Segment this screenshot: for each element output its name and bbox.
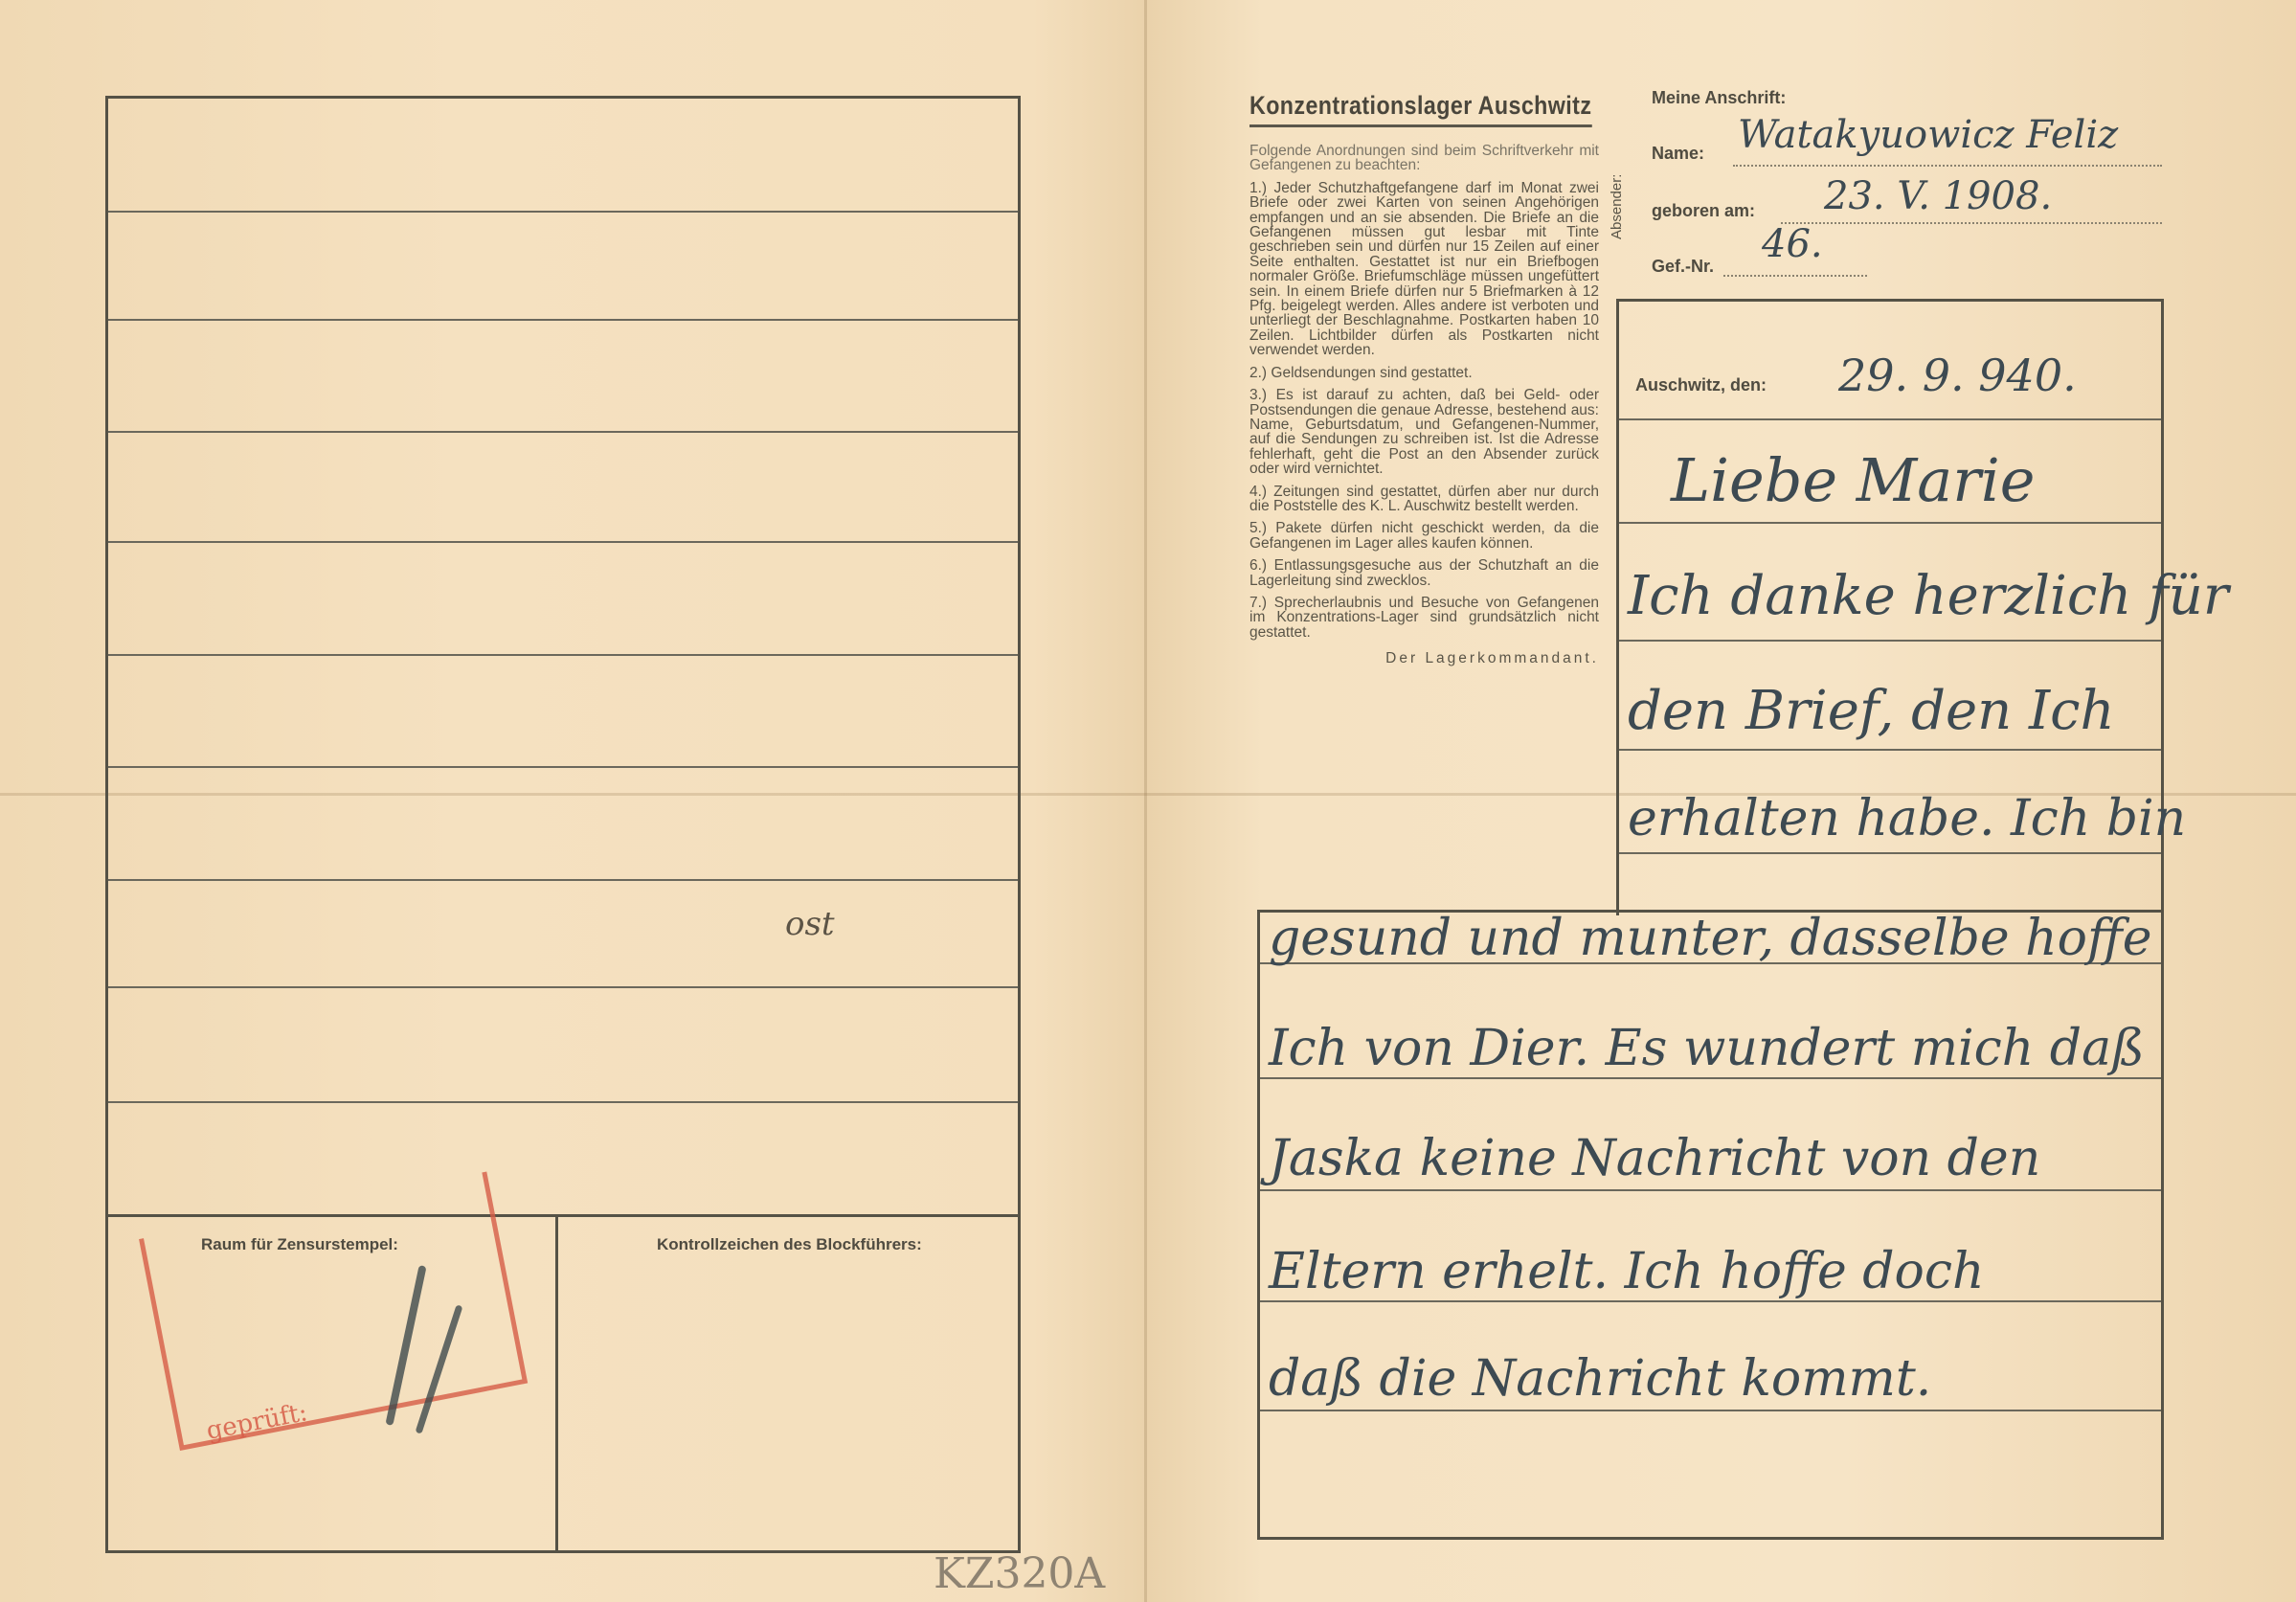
left-rule [108, 319, 1018, 321]
letter-rule [1619, 749, 2161, 751]
regulations-text: Folgende Anordnungen sind beim Schriftve… [1249, 144, 1599, 674]
letter-date: 29. 9. 940. [1838, 350, 2077, 401]
regulations-intro: Folgende Anordnungen sind beim Schriftve… [1249, 144, 1599, 173]
letter-line: den Brief, den Ich [1628, 680, 2115, 742]
name-field-line [1733, 165, 2162, 167]
left-rule [108, 431, 1018, 433]
letter-rule [1260, 1189, 2161, 1191]
regulation-item: 1.) Jeder Schutzhaftgefangene darf im Mo… [1249, 181, 1599, 358]
letter-line: gesund und munter, dasselbe hoffe [1269, 910, 2152, 967]
birth-date-value: 23. V. 1908. [1824, 174, 2052, 218]
birth-date-label: geboren am: [1652, 201, 1755, 221]
regulation-item: 6.) Entlassungsgesuche aus der Schutzhaf… [1249, 558, 1599, 588]
letter-line: Ich danke herzlich für [1628, 565, 2229, 627]
regulation-item: 5.) Pakete dürfen nicht geschickt werden… [1249, 521, 1599, 551]
left-rule [108, 1214, 1018, 1217]
form-title: Konzentrationslager Auschwitz [1249, 91, 1591, 127]
letter-line: Ich von Dier. Es wundert mich daß [1269, 1020, 2145, 1077]
blockfuehrer-control-label: Kontrollzeichen des Blockführers: [657, 1235, 922, 1254]
letter-line: erhalten habe. Ich bin [1628, 790, 2186, 847]
letter-rule [1619, 640, 2161, 642]
letter-rule [1260, 1077, 2161, 1079]
vertical-fold [1144, 0, 1147, 1602]
prisoner-number-value: 46. [1762, 222, 1823, 266]
prisoner-number-line [1723, 275, 1867, 277]
letter-box-lower [1257, 910, 2164, 1540]
letter-rule [1619, 522, 2161, 524]
regulation-item: 7.) Sprecherlaubnis und Besuche von Gefa… [1249, 596, 1599, 640]
letter-line: Jaska keine Nachricht von den [1269, 1130, 2040, 1187]
left-rule [108, 766, 1018, 768]
regulation-item: 3.) Es ist darauf zu achten, daß bei Gel… [1249, 388, 1599, 476]
letter-line: Eltern erhelt. Ich hoffe doch [1269, 1243, 1984, 1300]
regulation-item: 4.) Zeitungen sind gestattet, dürfen abe… [1249, 485, 1599, 514]
birth-date-line [1781, 222, 2162, 224]
letter-place-label: Auschwitz, den: [1635, 375, 1767, 395]
left-rule [108, 1101, 1018, 1103]
letter-line: Liebe Marie [1671, 445, 2035, 515]
letter-line: daß die Nachricht kommt. [1269, 1350, 1931, 1408]
left-rule [108, 986, 1018, 988]
commandant-signature: Der Lagerkommandant. [1249, 651, 1599, 666]
letter-rule [1260, 1410, 2161, 1411]
prisoner-number-label: Gef.-Nr. [1652, 257, 1714, 277]
sender-side-label: Absender: [1609, 174, 1625, 239]
left-bottom-divider [555, 1216, 558, 1551]
left-rule [108, 654, 1018, 656]
archive-number: KZ320A [934, 1549, 1105, 1598]
left-rule [108, 541, 1018, 543]
letter-rule [1619, 418, 2161, 420]
letter-rule [1619, 852, 2161, 854]
left-rule [108, 211, 1018, 213]
regulation-item: 2.) Geldsendungen sind gestattet. [1249, 366, 1599, 380]
name-label: Name: [1652, 144, 1704, 164]
address-heading: Meine Anschrift: [1652, 88, 1786, 108]
margin-mark: ost [785, 905, 835, 943]
letter-rule [1260, 1300, 2161, 1302]
left-rule [108, 879, 1018, 881]
name-value: Watakyuowicz Feliz [1738, 113, 2118, 157]
